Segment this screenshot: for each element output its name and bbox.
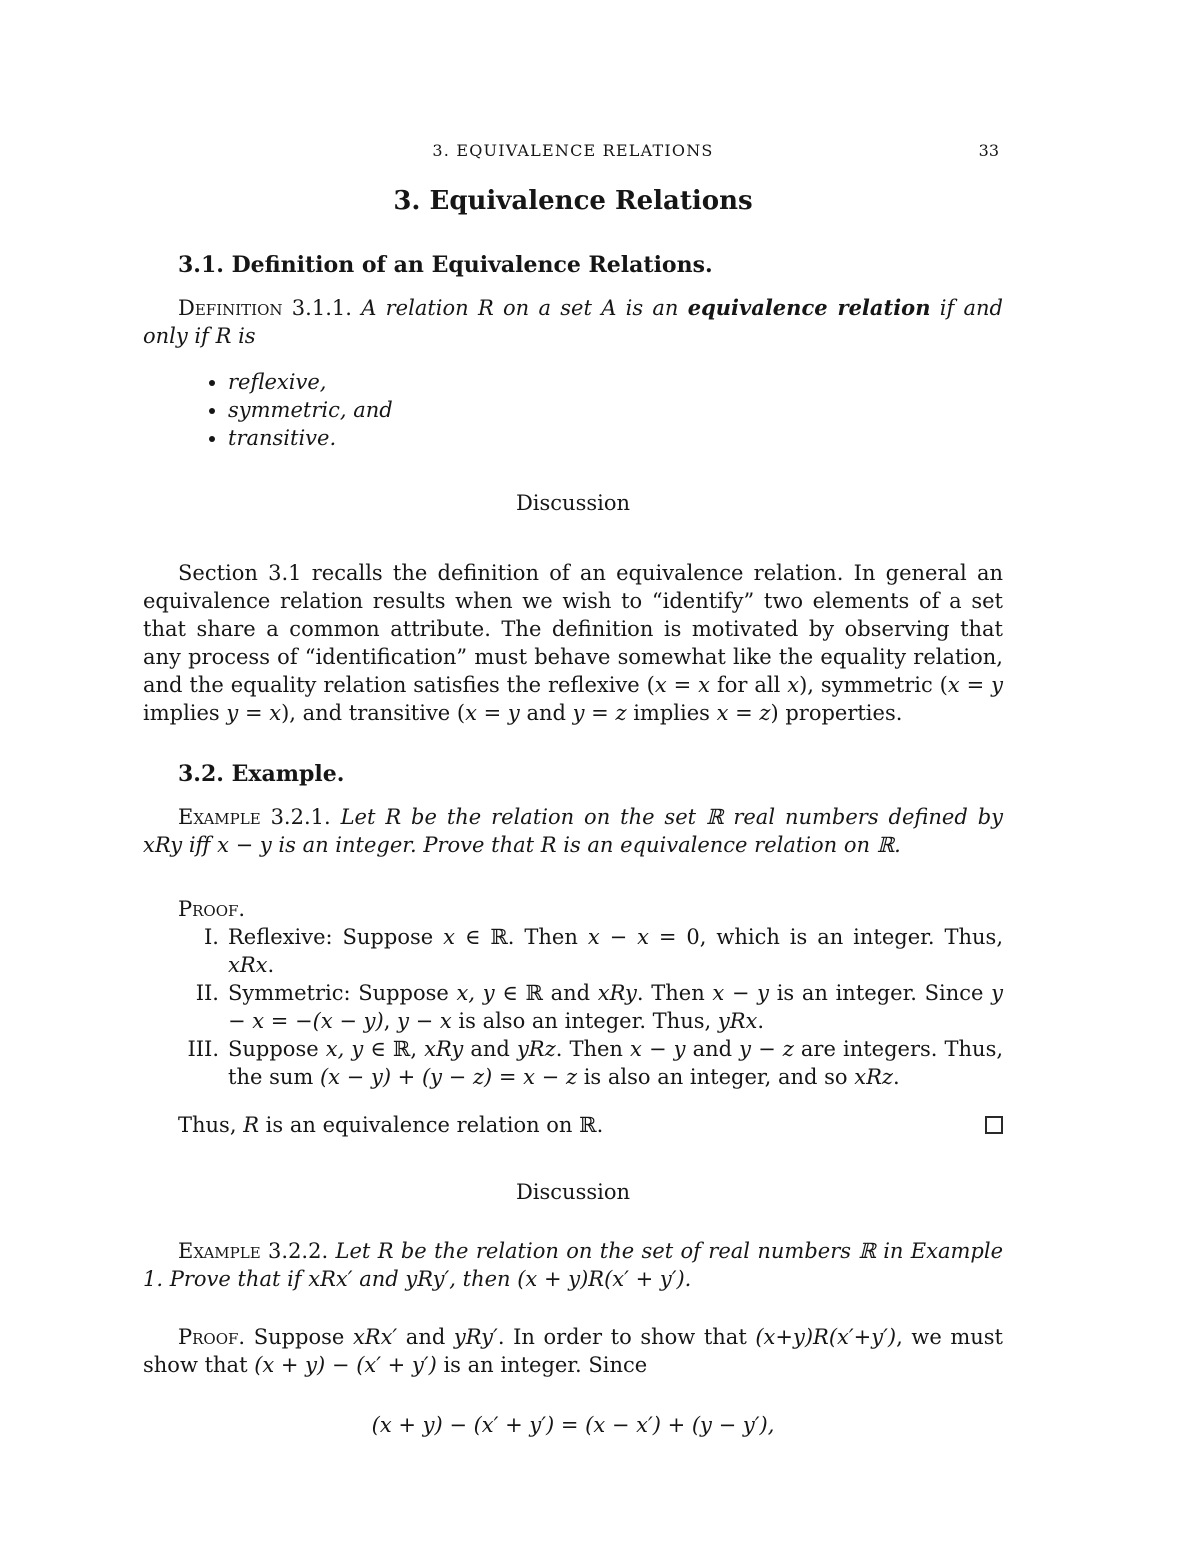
bullet-item: reflexive, bbox=[228, 368, 1003, 396]
bullet-item: symmetric, and bbox=[228, 396, 1003, 424]
discussion-heading: Discussion bbox=[143, 490, 1003, 516]
document-title: 3. Equivalence Relations bbox=[143, 186, 1003, 216]
proof-label: Proof. bbox=[143, 895, 1003, 923]
proof-item-1: I. Reflexive: Suppose x ∈ ℝ. Then x − x … bbox=[143, 923, 1003, 979]
example-3-2-1: Example 3.2.1. Let R be the relation on … bbox=[143, 803, 1003, 859]
section-heading-3-1: 3.1. Definition of an Equivalence Relati… bbox=[143, 251, 1003, 279]
proof-item-2: II. Symmetric: Suppose x, y ∈ ℝ and xRy.… bbox=[143, 979, 1003, 1035]
running-head: 3. EQUIVALENCE RELATIONS 33 bbox=[143, 141, 1003, 161]
definition-paragraph: Definition 3.1.1. A relation R on a set … bbox=[143, 294, 1003, 350]
proof-item-3: III. Suppose x, y ∈ ℝ, xRy and yRz. Then… bbox=[143, 1035, 1003, 1091]
item-numeral: III. bbox=[143, 1035, 219, 1063]
document-page: 3. EQUIVALENCE RELATIONS 33 3. Equivalen… bbox=[143, 141, 1003, 1439]
discussion-paragraph: Section 3.1 recalls the definition of an… bbox=[143, 559, 1003, 727]
conclusion-text: Thus, R is an equivalence relation on ℝ. bbox=[178, 1113, 603, 1137]
item-numeral: I. bbox=[143, 923, 219, 951]
proof-item-text: Reflexive: Suppose x ∈ ℝ. Then x − x = 0… bbox=[228, 923, 1003, 979]
bullet-item: transitive. bbox=[228, 424, 1003, 452]
bullet-list: reflexive, symmetric, and transitive. bbox=[143, 368, 1003, 452]
example-3-2-2: Example 3.2.2. Let R be the relation on … bbox=[143, 1237, 1003, 1293]
section-heading-3-2: 3.2. Example. bbox=[143, 760, 1003, 788]
proof-item-text: Suppose x, y ∈ ℝ, xRy and yRz. Then x − … bbox=[228, 1035, 1003, 1091]
display-equation: (x + y) − (x′ + y′) = (x − x′) + (y − y′… bbox=[143, 1411, 1003, 1439]
running-head-title: 3. EQUIVALENCE RELATIONS bbox=[432, 141, 713, 160]
proof-paragraph-2: Proof. Suppose xRx′ and yRy′. In order t… bbox=[143, 1323, 1003, 1379]
item-numeral: II. bbox=[143, 979, 219, 1007]
discussion-heading-2: Discussion bbox=[143, 1179, 1003, 1205]
qed-square bbox=[985, 1116, 1003, 1134]
qed-conclusion: Thus, R is an equivalence relation on ℝ. bbox=[143, 1111, 1003, 1139]
page-number: 33 bbox=[979, 141, 999, 161]
proof-item-text: Symmetric: Suppose x, y ∈ ℝ and xRy. The… bbox=[228, 979, 1003, 1035]
